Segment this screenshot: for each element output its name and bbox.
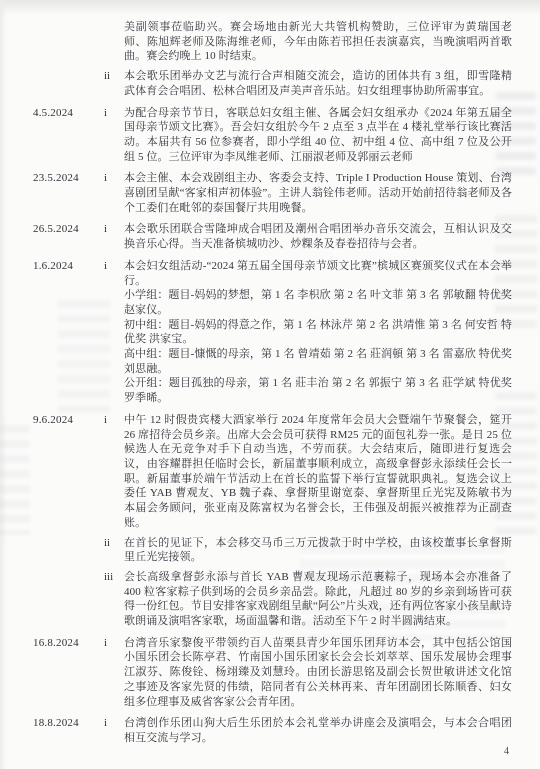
item-text: 美副领事莅临助兴。赛会场地由新光大共管机构赞助，三位评审为黄瑞国老师、陈旭辉老师… bbox=[124, 20, 512, 64]
log-item: iii 会长高级拿督彭永添与首长 YAB 曹观友现场示范裹粽子，现场本会亦准备了… bbox=[104, 570, 512, 629]
entry-date: 1.6.2024 bbox=[33, 259, 104, 406]
log-item: i 本会妇女组活动-“2024 第五届全国母亲节颂文比赛”槟城区赛颁奖仪式在本会… bbox=[104, 259, 512, 406]
log-item: ii 在首长的见证下，本会移交马币三万元拨款于时中学校，由该校董事长拿督斯里丘光… bbox=[104, 536, 512, 565]
result-line-primary: 小学组：题目-妈妈的梦想，第 1 名 李枳欣 第 2 名 叶文菲 第 3 名 郭… bbox=[124, 288, 512, 317]
scanned-document-page: 美副领事莅临助兴。赛会场地由新光大共管机构赞助，三位评审为黄瑞国老师、陈旭辉老师… bbox=[0, 0, 540, 769]
log-item: i 本会歌乐团联合雪隆坤成合唱团及潮州合唱团举办音乐交流会，互相认识及交换音乐心… bbox=[104, 222, 512, 251]
entry-date: 23.5.2024 bbox=[33, 171, 104, 215]
entry-date: 18.8.2024 bbox=[33, 716, 104, 745]
item-text: 本会主催、本会戏剧组主办、客委会支持、Triple I Production H… bbox=[124, 171, 512, 215]
item-text: 本会妇女组活动-“2024 第五届全国母亲节颂文比赛”槟城区赛颁奖仪式在本会举行… bbox=[124, 259, 512, 288]
item-text: 在首长的见证下，本会移交马币三万元拨款于时中学校，由该校董事长拿督斯里丘光宪接领… bbox=[124, 536, 512, 565]
item-marker: i bbox=[104, 171, 124, 215]
item-text: 为配合母亲节节日，客联总妇女组主催、各属会妇女组承办《2024 年第五届全国母亲… bbox=[124, 106, 512, 165]
log-entry: 4.5.2024 i 为配合母亲节节日，客联总妇女组主催、各属会妇女组承办《20… bbox=[33, 106, 512, 165]
activity-log: 美副领事莅临助兴。赛会场地由新光大共管机构赞助，三位评审为黄瑞国老师、陈旭辉老师… bbox=[33, 20, 512, 753]
item-marker bbox=[104, 20, 124, 64]
item-marker: i bbox=[104, 222, 124, 251]
item-text: 台湾音乐家黎俊平带领约百人苗栗县青少年国乐团拜访本会，其中包括公馆国小国乐团会长… bbox=[124, 636, 512, 710]
scan-edge-top bbox=[0, 0, 540, 15]
log-item: i 台湾创作乐团山狗大后生乐团於本会礼堂举办讲座会及演唱会，与本会合唱团相互交流… bbox=[104, 716, 512, 745]
log-entry: 18.8.2024 i 台湾创作乐团山狗大后生乐团於本会礼堂举办讲座会及演唱会，… bbox=[33, 716, 512, 745]
item-text: 台湾创作乐团山狗大后生乐团於本会礼堂举办讲座会及演唱会，与本会合唱团相互交流与学… bbox=[124, 716, 512, 745]
item-text: 本会歌乐团举办文艺与流行合声相随交流会，造访的团体共有 3 组，即雪隆精武体育会… bbox=[124, 69, 512, 98]
item-marker: ii bbox=[104, 536, 124, 565]
item-marker: i bbox=[104, 259, 124, 406]
result-line-junior: 初中组：题目-妈妈的得意之作，第 1 名 林泳芹 第 2 名 洪靖惟 第 3 名… bbox=[124, 318, 512, 347]
entry-date: 9.6.2024 bbox=[33, 413, 104, 629]
log-entry: 16.8.2024 i 台湾音乐家黎俊平带领约百人苗栗县青少年国乐团拜访本会，其… bbox=[33, 636, 512, 710]
page-number: 4 bbox=[504, 746, 509, 757]
log-item: i 为配合母亲节节日，客联总妇女组主催、各属会妇女组承办《2024 年第五届全国… bbox=[104, 106, 512, 165]
item-marker: iii bbox=[104, 570, 124, 629]
result-line-open: 公开组：题目孤独的母亲，第 1 名 莊丰治 第 2 名 郭振宁 第 3 名 莊学… bbox=[124, 376, 512, 405]
entry-date bbox=[33, 20, 104, 99]
log-entry: 1.6.2024 i 本会妇女组活动-“2024 第五届全国母亲节颂文比赛”槟城… bbox=[33, 259, 512, 406]
entry-date: 16.8.2024 bbox=[33, 636, 104, 710]
entry-date: 26.5.2024 bbox=[33, 222, 104, 251]
item-marker: i bbox=[104, 716, 124, 745]
item-marker: i bbox=[104, 413, 124, 531]
log-entry: 23.5.2024 i 本会主催、本会戏剧组主办、客委会支持、Triple I … bbox=[33, 171, 512, 215]
item-text: 中午 12 时假贵宾楼大酒家举行 2024 年度常年会员大会暨端午节聚餐会，筵开… bbox=[124, 413, 512, 531]
log-entry: 美副领事莅临助兴。赛会场地由新光大共管机构赞助，三位评审为黄瑞国老师、陈旭辉老师… bbox=[33, 20, 512, 99]
log-item: i 本会主催、本会戏剧组主办、客委会支持、Triple I Production… bbox=[104, 171, 512, 215]
item-marker: i bbox=[104, 106, 124, 165]
item-text: 会长高级拿督彭永添与首长 YAB 曹观友现场示范裹粽子，现场本会亦准备了 400… bbox=[124, 570, 512, 629]
log-item: i 台湾音乐家黎俊平带领约百人苗栗县青少年国乐团拜访本会，其中包括公馆国小国乐团… bbox=[104, 636, 512, 710]
log-item: ii 本会歌乐团举办文艺与流行合声相随交流会，造访的团体共有 3 组，即雪隆精武… bbox=[104, 69, 512, 98]
scan-edge-left bbox=[0, 0, 7, 769]
log-entry: 26.5.2024 i 本会歌乐团联合雪隆坤成合唱团及潮州合唱团举办音乐交流会，… bbox=[33, 222, 512, 251]
log-item: 美副领事莅临助兴。赛会场地由新光大共管机构赞助，三位评审为黄瑞国老师、陈旭辉老师… bbox=[104, 20, 512, 64]
log-entry: 9.6.2024 i 中午 12 时假贵宾楼大酒家举行 2024 年度常年会员大… bbox=[33, 413, 512, 629]
result-line-senior: 高中组：题目-慷慨的母亲，第 1 名 曾靖茹 第 2 名 莊润頓 第 3 名 雷… bbox=[124, 347, 512, 376]
log-item: i 中午 12 时假贵宾楼大酒家举行 2024 年度常年会员大会暨端午节聚餐会，… bbox=[104, 413, 512, 531]
item-marker: i bbox=[104, 636, 124, 710]
item-text: 本会歌乐团联合雪隆坤成合唱团及潮州合唱团举办音乐交流会，互相认识及交换音乐心得。… bbox=[124, 222, 512, 251]
entry-date: 4.5.2024 bbox=[33, 106, 104, 165]
item-marker: ii bbox=[104, 69, 124, 98]
